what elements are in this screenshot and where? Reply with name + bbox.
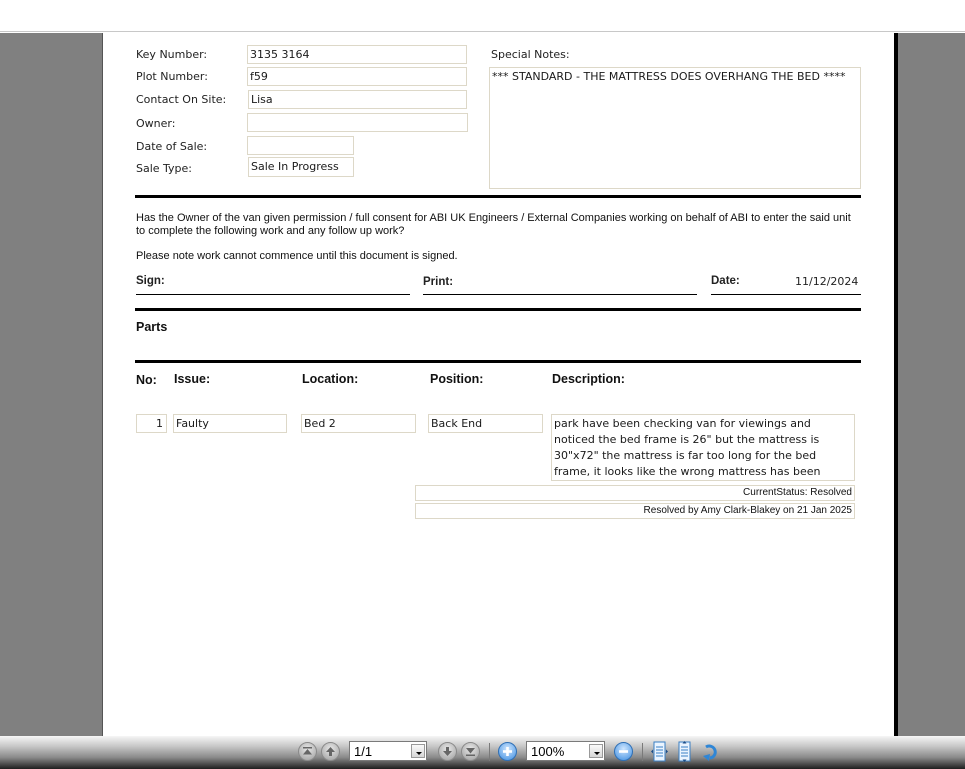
previous-page-icon — [325, 746, 336, 757]
column-header-issue: Issue: — [174, 372, 210, 386]
next-page-button[interactable] — [438, 742, 457, 761]
print-label: Print: — [423, 276, 453, 288]
date-of-sale-label: Date of Sale: — [136, 140, 207, 153]
column-header-position: Position: — [430, 372, 483, 386]
zoom-selector-value: 100% — [531, 744, 564, 759]
fit-page-icon — [676, 741, 693, 762]
document-viewer[interactable]: Key Number: Plot Number: Contact On Site… — [0, 33, 965, 736]
special-notes-field: *** STANDARD - THE MATTRESS DOES OVERHAN… — [489, 67, 861, 189]
column-header-description: Description: — [552, 372, 625, 386]
refresh-icon — [700, 741, 720, 762]
fit-page-button[interactable] — [676, 741, 693, 762]
parts-title: Parts — [136, 320, 167, 334]
plot-number-field: f59 — [247, 67, 467, 86]
part-description: park have been checking van for viewings… — [551, 414, 855, 481]
part-status: CurrentStatus: Resolved — [415, 485, 855, 501]
date-line — [711, 294, 861, 295]
plot-number-label: Plot Number: — [136, 70, 208, 83]
page-selector-value: 1/1 — [354, 744, 372, 759]
owner-label: Owner: — [136, 117, 175, 130]
key-number-label: Key Number: — [136, 48, 207, 61]
fit-width-button[interactable] — [651, 741, 668, 762]
part-resolved-info: Resolved by Amy Clark-Blakey on 21 Jan 2… — [415, 503, 855, 519]
refresh-button[interactable] — [700, 741, 720, 762]
date-value: 11/12/2024 — [795, 275, 858, 288]
next-page-icon — [442, 746, 453, 757]
part-location: Bed 2 — [301, 414, 416, 433]
top-bar — [0, 0, 965, 32]
sign-label: Sign: — [136, 275, 165, 287]
contact-label: Contact On Site: — [136, 93, 226, 106]
sign-line[interactable] — [136, 294, 410, 295]
print-line[interactable] — [423, 294, 697, 295]
contact-field: Lisa — [248, 90, 467, 109]
part-position: Back End — [428, 414, 543, 433]
column-header-location: Location: — [302, 372, 358, 386]
section-divider — [135, 360, 861, 363]
section-divider — [135, 308, 861, 311]
zoom-in-button[interactable] — [498, 742, 517, 761]
last-page-icon — [465, 746, 476, 757]
page-dropdown-arrow[interactable] — [411, 744, 425, 758]
special-notes-label: Special Notes: — [491, 48, 570, 61]
toolbar-separator — [489, 743, 490, 761]
viewer-toolbar: 1/1 100% — [0, 736, 965, 769]
toolbar-separator — [642, 743, 643, 761]
zoom-dropdown-arrow[interactable] — [589, 744, 603, 758]
zoom-out-icon — [618, 746, 629, 757]
report-page: Key Number: Plot Number: Contact On Site… — [102, 33, 898, 736]
zoom-selector[interactable]: 100% — [526, 741, 605, 761]
key-number-field: 3135 3164 — [247, 45, 467, 64]
date-of-sale-field — [247, 136, 354, 155]
sale-type-field: Sale In Progress — [248, 157, 354, 177]
page-selector[interactable]: 1/1 — [349, 741, 427, 761]
date-label: Date: — [711, 275, 740, 287]
fit-width-icon — [651, 741, 668, 762]
first-page-button[interactable] — [298, 742, 317, 761]
zoom-out-button[interactable] — [614, 742, 633, 761]
first-page-icon — [302, 746, 313, 757]
consent-note: Please note work cannot commence until t… — [136, 250, 458, 262]
column-header-no: No: — [136, 373, 157, 387]
part-issue: Faulty — [173, 414, 287, 433]
part-number: 1 — [136, 414, 167, 433]
zoom-in-icon — [502, 746, 513, 757]
sale-type-label: Sale Type: — [136, 162, 192, 175]
owner-field — [247, 113, 468, 132]
consent-question: Has the Owner of the van given permissio… — [136, 212, 856, 238]
last-page-button[interactable] — [461, 742, 480, 761]
section-divider — [135, 195, 861, 198]
previous-page-button[interactable] — [321, 742, 340, 761]
